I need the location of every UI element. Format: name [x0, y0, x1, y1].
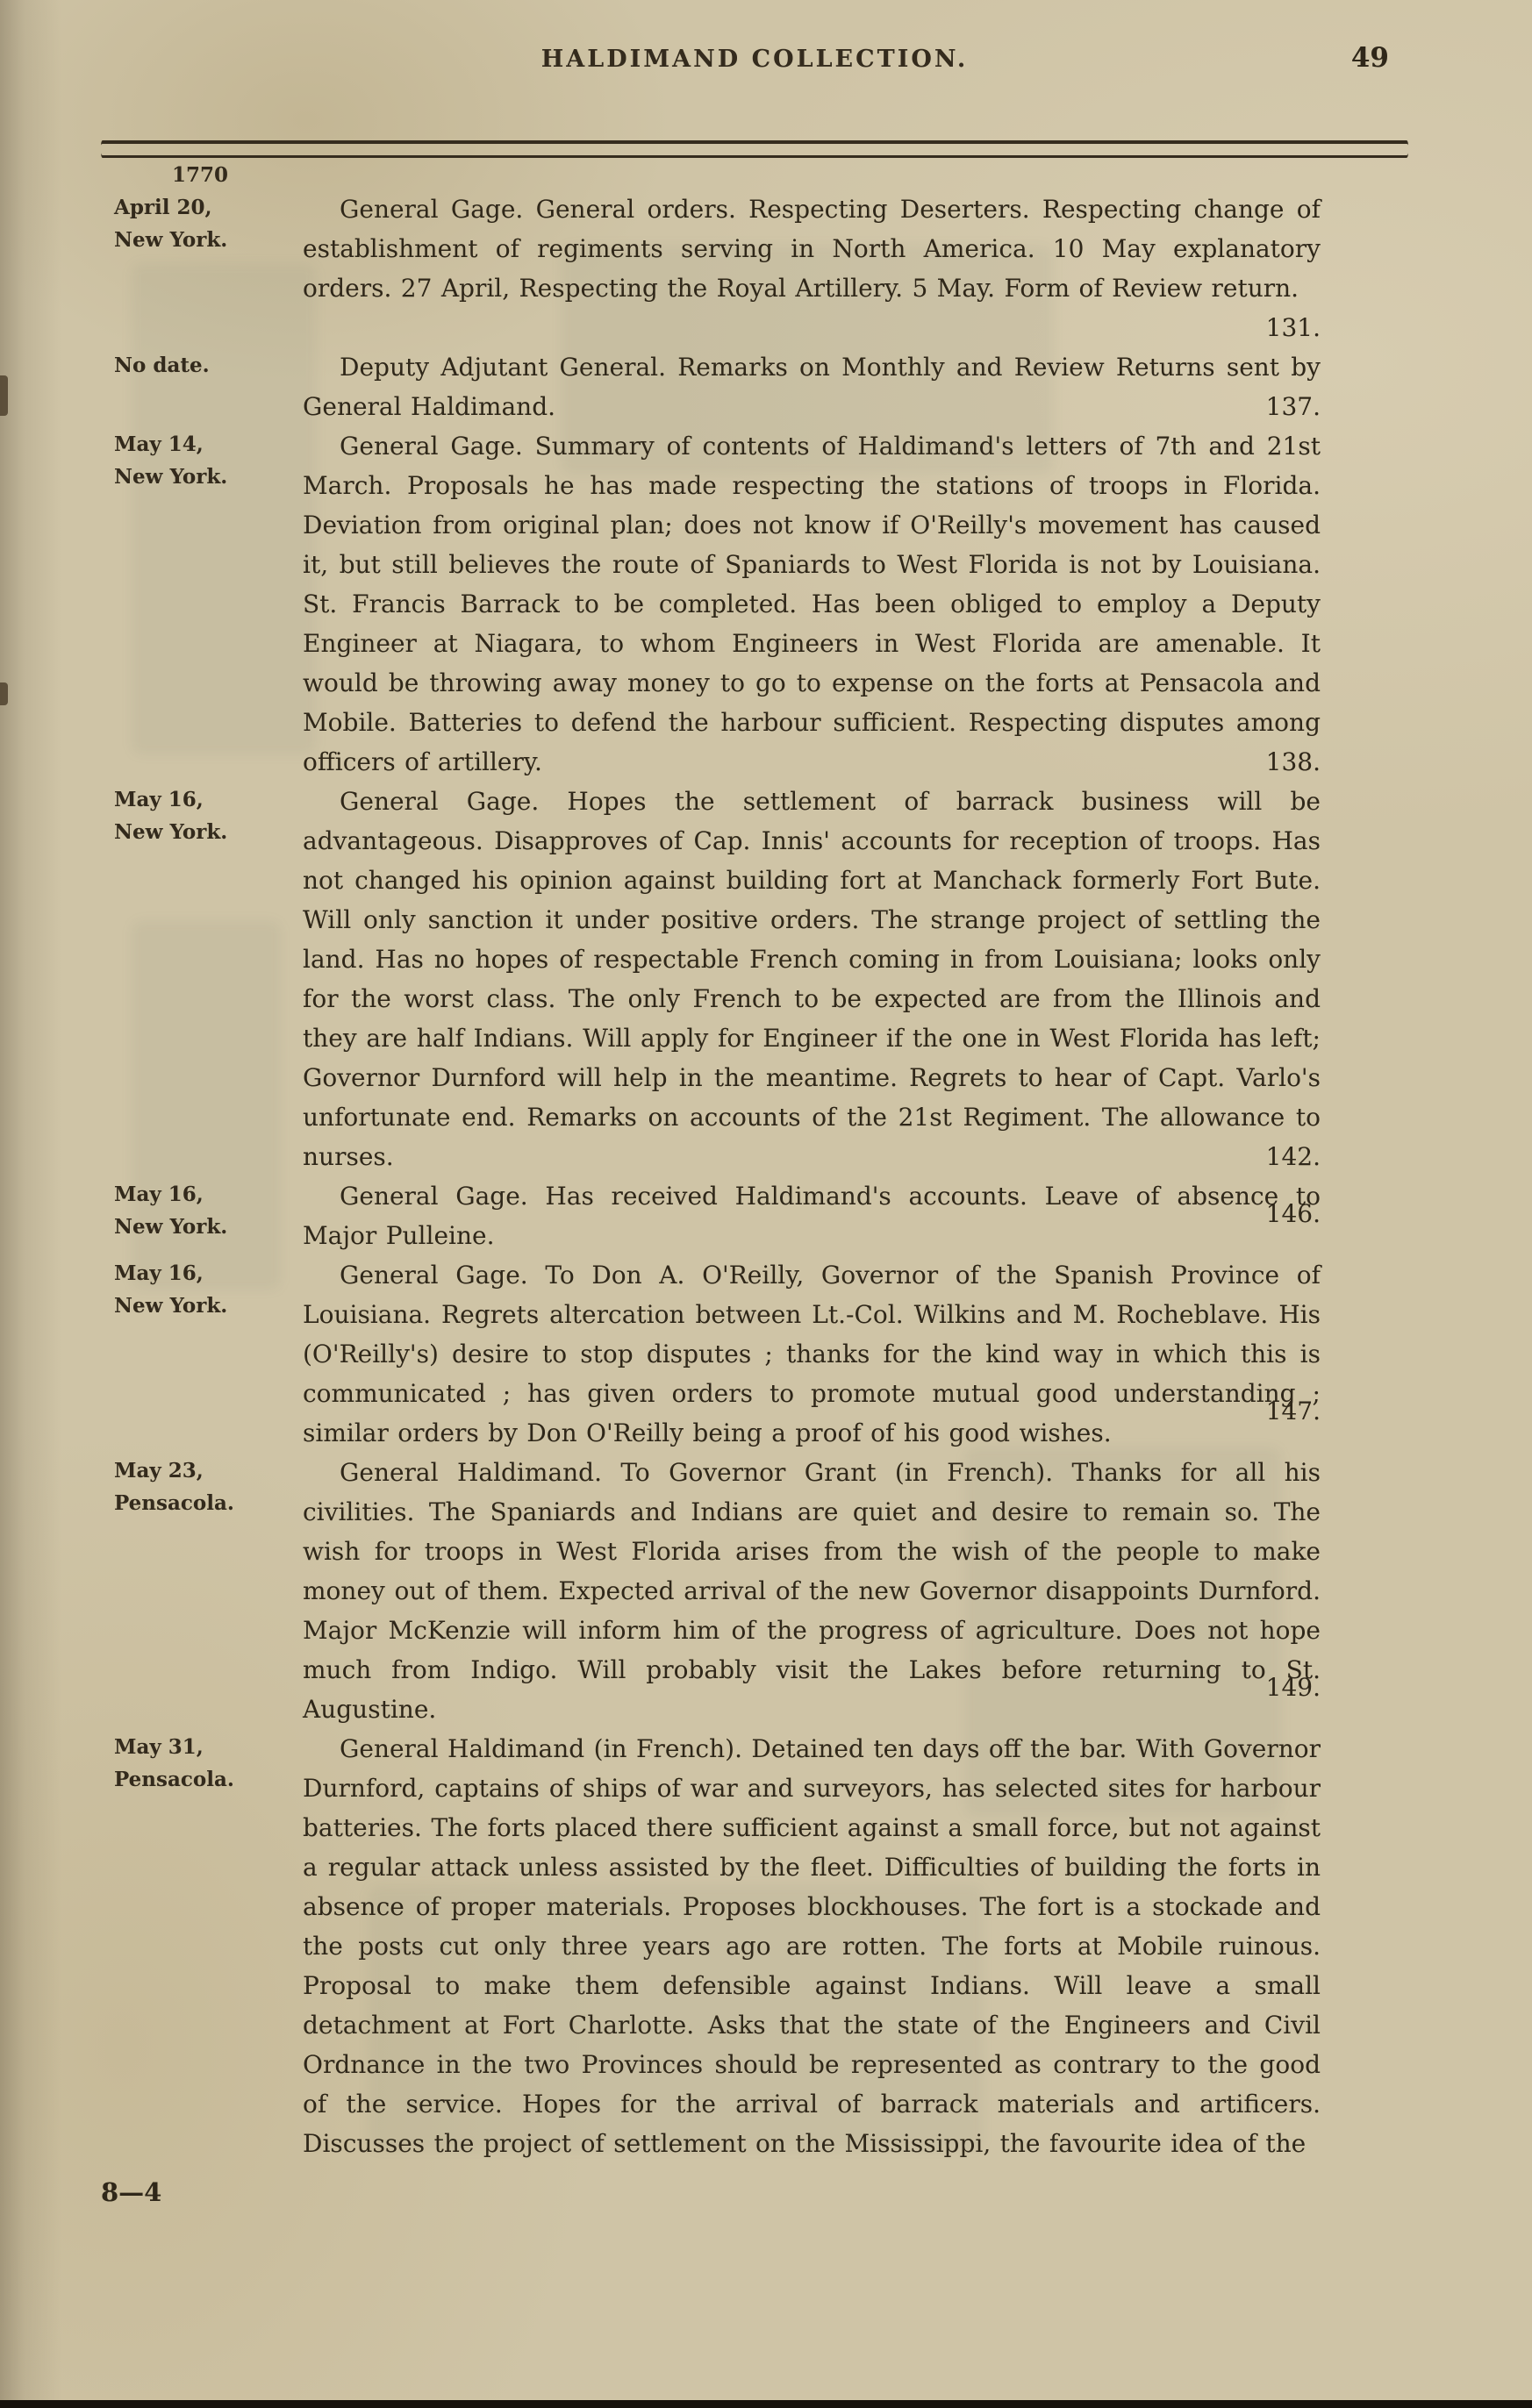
catalog-entry: May 14, New York. General Gage. Summary … [114, 426, 1321, 782]
entry-summary: General Gage. Hopes the settlement of ba… [303, 782, 1321, 1176]
entry-summary: General Gage. Summary of contents of Hal… [303, 426, 1321, 782]
entry-folio-number: 138. [1229, 742, 1321, 782]
catalog-entry: May 16, New York. General Gage. Has rece… [114, 1176, 1321, 1255]
entry-date-label: May 16, New York. [114, 1255, 303, 1322]
entry-summary: General Gage. Has received Haldimand's a… [303, 1176, 1321, 1255]
catalog-entry: May 23, Pensacola. General Haldimand. To… [114, 1453, 1321, 1729]
entry-summary: General Gage. To Don A. O'Reilly, Govern… [303, 1255, 1321, 1453]
entry-summary-text: General Haldimand. To Governor Grant (in… [303, 1453, 1321, 1729]
entry-date: May 16, [114, 1178, 303, 1211]
entry-date-label: May 14, New York. [114, 426, 303, 493]
entry-date-label: 1770 April 20, New York. [114, 157, 303, 256]
entry-place: New York. [114, 816, 303, 848]
entry-place: New York. [114, 461, 303, 493]
page-title: HALDIMAND COLLECTION. [101, 46, 1408, 73]
entry-date: No date. [114, 349, 303, 382]
entry-folio-number: 137. [1229, 387, 1321, 426]
entry-date: May 31, [114, 1731, 303, 1763]
entry-place: Pensacola. [114, 1487, 303, 1519]
book-page: HALDIMAND COLLECTION. 49 1770 April 20, … [0, 0, 1532, 2207]
entry-date: May 16, [114, 1257, 303, 1290]
entry-date-label: May 23, Pensacola. [114, 1453, 303, 1519]
entry-folio-number: 142. [1229, 1137, 1321, 1176]
entry-year: 1770 [172, 159, 303, 191]
entry-place: New York. [114, 1290, 303, 1322]
entry-summary: General Gage. General orders. Respecting… [303, 189, 1321, 347]
entry-summary-text: General Gage. Has received Haldimand's a… [303, 1176, 1321, 1255]
entry-summary-text: General Haldimand (in French). Detained … [303, 1729, 1321, 2163]
scan-bottom-edge [0, 2400, 1532, 2408]
entry-summary-text: General Gage. Hopes the settlement of ba… [303, 782, 1321, 1176]
entry-date: May 16, [114, 783, 303, 816]
entry-summary: General Haldimand (in French). Detained … [303, 1729, 1321, 2163]
entry-date: May 14, [114, 428, 303, 461]
catalog-entry: May 16, New York. General Gage. To Don A… [114, 1255, 1321, 1453]
entry-date: April 20, [114, 191, 303, 224]
catalog-entry: No date. Deputy Adjutant General. Remark… [114, 347, 1321, 426]
entry-date-label: May 16, New York. [114, 1176, 303, 1243]
catalog-entry: May 16, New York. General Gage. Hopes th… [114, 782, 1321, 1176]
signature-mark: 8—4 [101, 2177, 1532, 2207]
page-number: 49 [1351, 42, 1389, 74]
entry-date: May 23, [114, 1454, 303, 1487]
catalog-entry: May 31, Pensacola. General Haldimand (in… [114, 1729, 1321, 2163]
entry-date-label: May 31, Pensacola. [114, 1729, 303, 1796]
entry-summary-text: General Gage. Summary of contents of Hal… [303, 426, 1321, 782]
entry-place: New York. [114, 224, 303, 256]
running-header: HALDIMAND COLLECTION. 49 [101, 46, 1408, 86]
entry-folio-number: 149. [1229, 1668, 1321, 1707]
entry-folio-number: 147. [1229, 1391, 1321, 1431]
entry-place: New York. [114, 1211, 303, 1243]
entry-folio-number: 131. [1229, 308, 1321, 347]
entry-date-label: May 16, New York. [114, 782, 303, 848]
entry-folio-number: 146. [1229, 1194, 1321, 1233]
entry-summary: Deputy Adjutant General. Remarks on Mont… [303, 347, 1321, 426]
entry-summary-text: Deputy Adjutant General. Remarks on Mont… [303, 347, 1321, 426]
entry-place: Pensacola. [114, 1763, 303, 1796]
entry-summary: General Haldimand. To Governor Grant (in… [303, 1453, 1321, 1729]
header-divider-rule [101, 140, 1408, 158]
entry-summary-text: General Gage. General orders. Respecting… [303, 189, 1321, 308]
entries: 1770 April 20, New York. General Gage. G… [114, 189, 1321, 2163]
entry-summary-text: General Gage. To Don A. O'Reilly, Govern… [303, 1255, 1321, 1453]
catalog-entry: 1770 April 20, New York. General Gage. G… [114, 189, 1321, 347]
entry-date-label: No date. [114, 347, 303, 382]
